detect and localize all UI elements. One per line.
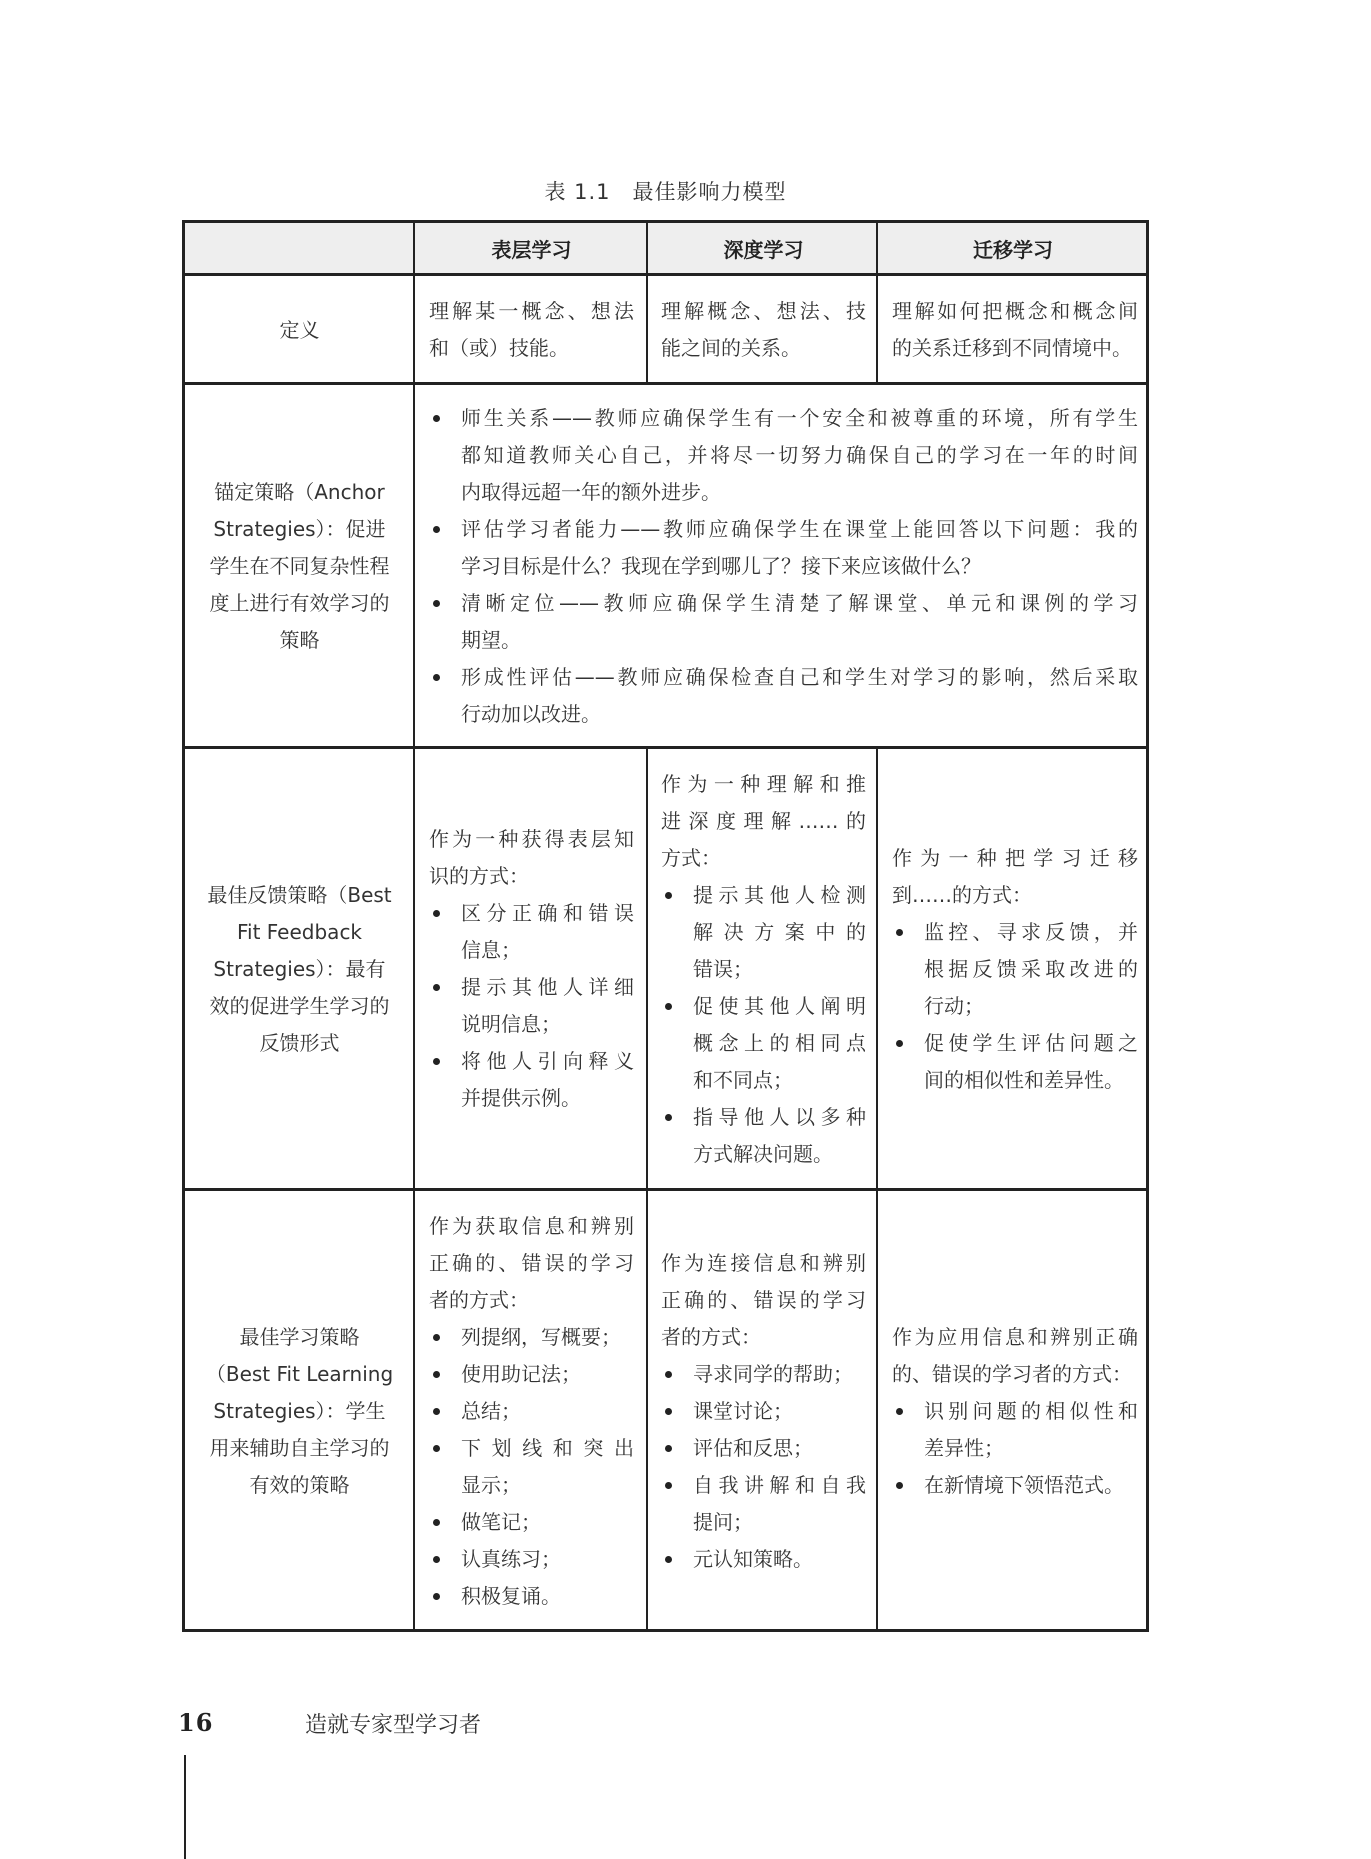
line-text: 行动加以改进。 [461,702,601,726]
line-text: 下划线和突出 [461,1436,634,1460]
header-surface-learning: 表层学习 [416,223,647,274]
line-text: 评估和反思； [693,1436,813,1460]
row-label-line: 锚定策略（Anchor [185,474,414,511]
line-text: 认真练习； [461,1547,561,1571]
line-text: 课堂讨论； [693,1399,793,1423]
text-line: 到……的方式： [892,877,1138,914]
bullet-icon [433,600,440,607]
bullet-item: 提示其他人检测 [661,877,866,914]
row-label-line: 度上进行有效学习的 [185,585,414,622]
row-label-line: 策略 [185,622,414,659]
bullet-icon [896,929,903,936]
line-text: 信息； [461,938,521,962]
line-text: 都知道教师关心自己，并将尽一切努力确保自己的学习在一年的时间 [461,443,1138,467]
text-line: 和不同点； [661,1062,866,1099]
text-line: 者的方式： [661,1319,866,1356]
bullet-icon [665,1445,672,1452]
line-text: 师生关系——教师应确保学生有一个安全和被尊重的环境，所有学生 [461,406,1138,430]
line-text: 者的方式： [661,1325,761,1349]
text-line: 正确的、错误的学习 [661,1282,866,1319]
bullet-icon [665,1556,672,1563]
line-text: 区分正确和错误 [461,901,634,925]
line-text: 总结； [461,1399,521,1423]
bullet-icon [433,1445,440,1452]
text-line: 理解如何把概念和概念间 [892,293,1138,330]
row-label-line: 定义 [185,312,414,349]
line-text: 行动； [924,994,984,1018]
text-line: 间的相似性和差异性。 [892,1062,1138,1099]
text-line: 作为获取信息和辨别 [429,1208,634,1245]
line-text: 错误； [693,957,753,981]
text-line: 作为一种把学习迁移 [892,840,1138,877]
bullet-item: 使用助记法； [429,1356,634,1393]
text-line: 方式： [661,840,866,877]
line-text: 促使学生评估问题之 [924,1031,1138,1055]
bullet-item: 师生关系——教师应确保学生有一个安全和被尊重的环境，所有学生 [429,400,1138,437]
bullet-icon [896,1408,903,1415]
text-line: 的关系迁移到不同情境中。 [892,330,1138,367]
text-line: 信息； [429,932,634,969]
bullet-icon [433,1519,440,1526]
line-text: 间的相似性和差异性。 [924,1068,1124,1092]
line-text: 识的方式： [429,864,529,888]
line-text: 指导他人以多种 [693,1105,866,1129]
footer-vertical-rule [184,1755,186,1859]
line-text: 评估学习者能力——教师应确保学生在课堂上能回答以下问题：我的 [461,517,1138,541]
bullet-item: 总结； [429,1393,634,1430]
line-text: 的、错误的学习者的方式： [892,1362,1132,1386]
line-text: 监控、寻求反馈，并 [924,920,1138,944]
table-caption: 表 1.1最佳影响力模型 [0,176,1331,206]
bullet-item: 做笔记； [429,1504,634,1541]
text-line: 提问； [661,1504,866,1541]
header-deep-learning: 深度学习 [649,223,878,274]
line-text: 学习目标是什么？我现在学到哪儿了？接下来应该做什么？ [461,554,981,578]
line-text: 提示其他人检测 [693,883,866,907]
line-text: 提问； [693,1510,753,1534]
row-label-line: 最佳反馈策略（Best [185,877,414,914]
row-label-definition: 定义 [185,276,414,384]
bullet-icon [433,1408,440,1415]
bullet-item: 将他人引向释义 [429,1043,634,1080]
bullet-item: 形成性评估——教师应确保检查自己和学生对学习的影响，然后采取 [429,659,1138,696]
bullet-icon [896,1040,903,1047]
text-line: 方式解决问题。 [661,1136,866,1173]
row-label-learning-strategies: 最佳学习策略（Best Fit LearningStrategies）：学生用来… [185,1191,414,1631]
line-text: 作为应用信息和辨别正确 [892,1325,1138,1349]
column-divider-2-bottom [646,746,648,1629]
bullet-item: 列提纲，写概要； [429,1319,634,1356]
line-text: 根据反馈采取改进的 [924,957,1138,981]
bullet-icon [433,1334,440,1341]
bullet-icon [433,1058,440,1065]
row-label-line: （Best Fit Learning [185,1356,414,1393]
text-line: 作为连接信息和辨别 [661,1245,866,1282]
line-text: 积极复诵。 [461,1584,561,1608]
text-line: 进深度理解……的 [661,803,866,840]
bullet-icon [665,1114,672,1121]
bullet-item: 清晰定位——教师应确保学生清楚了解课堂、单元和课例的学习 [429,585,1138,622]
row-label-line: Strategies）：最有 [185,951,414,988]
line-text: 作为获取信息和辨别 [429,1214,634,1238]
bullet-item: 元认知策略。 [661,1541,866,1578]
line-text: 列提纲，写概要； [461,1325,621,1349]
impact-model-table: 表层学习 深度学习 迁移学习 定义 锚定策略（AnchorStrategies）… [182,220,1149,1632]
text-line: 作为一种获得表层知 [429,821,634,858]
text-line: 行动加以改进。 [429,696,1138,733]
bullet-icon [665,1482,672,1489]
learning-deep-cell: 作为连接信息和辨别正确的、错误的学习者的方式：寻求同学的帮助；课堂讨论；评估和反… [661,1191,866,1631]
line-text: 说明信息； [461,1012,561,1036]
definition-transfer-cell: 理解如何把概念和概念间的关系迁移到不同情境中。 [892,276,1138,384]
text-line: 识的方式： [429,858,634,895]
line-text: 内取得远超一年的额外进步。 [461,480,721,504]
row-label-line: 学生在不同复杂性程 [185,548,414,585]
row-label-line: 效的促进学生学习的 [185,988,414,1025]
bullet-icon [665,1408,672,1415]
bullet-item: 促使其他人阐明 [661,988,866,1025]
column-divider-2-top [646,223,648,383]
line-text: 能之间的关系。 [661,336,801,360]
line-text: 作为连接信息和辨别 [661,1251,866,1275]
line-text: 概念上的相同点 [693,1031,866,1055]
feedback-deep-cell: 作为一种理解和推进深度理解……的方式：提示其他人检测解决方案中的错误；促使其他人… [661,749,866,1189]
line-text: 解决方案中的 [693,920,866,944]
row-label-anchor-strategies: 锚定策略（AnchorStrategies）：促进学生在不同复杂性程度上进行有效… [185,385,414,747]
line-text: 者的方式： [429,1288,529,1312]
line-text: 差异性； [924,1436,1004,1460]
text-line: 能之间的关系。 [661,330,866,367]
bullet-icon [896,1482,903,1489]
line-text: 促使其他人阐明 [693,994,866,1018]
bullet-item: 在新情境下领悟范式。 [892,1467,1138,1504]
line-text: 并提供示例。 [461,1086,581,1110]
text-line: 正确的、错误的学习 [429,1245,634,1282]
bullet-icon [433,1371,440,1378]
text-line: 错误； [661,951,866,988]
bullet-item: 促使学生评估问题之 [892,1025,1138,1062]
text-line: 说明信息； [429,1006,634,1043]
row-label-line: 用来辅助自主学习的 [185,1430,414,1467]
line-text: 元认知策略。 [693,1547,813,1571]
column-divider-3-bottom [876,746,878,1629]
text-line: 和（或）技能。 [429,330,634,367]
bullet-icon [433,1593,440,1600]
line-text: 做笔记； [461,1510,541,1534]
row-label-line: Strategies）：促进 [185,511,414,548]
row-label-line: 反馈形式 [185,1025,414,1062]
line-text: 和（或）技能。 [429,336,569,360]
text-line: 作为一种理解和推 [661,766,866,803]
running-title: 造就专家型学习者 [305,1708,481,1739]
feedback-surface-cell: 作为一种获得表层知识的方式：区分正确和错误信息；提示其他人详细说明信息；将他人引… [429,749,634,1189]
bullet-item: 下划线和突出 [429,1430,634,1467]
definition-deep-cell: 理解概念、想法、技能之间的关系。 [661,276,866,384]
bullet-item: 识别问题的相似性和 [892,1393,1138,1430]
header-empty-cell [185,223,414,274]
feedback-transfer-cell: 作为一种把学习迁移到……的方式：监控、寻求反馈，并根据反馈采取改进的行动；促使学… [892,749,1138,1189]
text-line: 行动； [892,988,1138,1025]
header-transfer-learning: 迁移学习 [880,223,1146,274]
bullet-item: 自我讲解和自我 [661,1467,866,1504]
column-divider-3-top [876,223,878,383]
line-text: 使用助记法； [461,1362,581,1386]
line-text: 寻求同学的帮助； [693,1362,853,1386]
line-text: 形成性评估——教师应确保检查自己和学生对学习的影响，然后采取 [461,665,1138,689]
table-title: 最佳影响力模型 [633,180,787,204]
line-text: 到……的方式： [892,883,1032,907]
text-line: 期望。 [429,622,1138,659]
line-text: 清晰定位——教师应确保学生清楚了解课堂、单元和课例的学习 [461,591,1138,615]
line-text: 将他人引向释义 [461,1049,634,1073]
text-line: 显示； [429,1467,634,1504]
bullet-item: 积极复诵。 [429,1578,634,1615]
bullet-icon [433,1556,440,1563]
row-divider-1 [185,382,1146,385]
line-text: 期望。 [461,628,521,652]
row-divider-2 [185,746,1146,749]
text-line: 理解概念、想法、技 [661,293,866,330]
text-line: 根据反馈采取改进的 [892,951,1138,988]
definition-surface-cell: 理解某一概念、想法和（或）技能。 [429,276,634,384]
bullet-icon [433,984,440,991]
bullet-item: 区分正确和错误 [429,895,634,932]
bullet-icon [665,892,672,899]
bullet-item: 监控、寻求反馈，并 [892,914,1138,951]
text-line: 理解某一概念、想法 [429,293,634,330]
line-text: 正确的、错误的学习 [661,1288,866,1312]
table-number: 表 1.1 [544,180,610,204]
text-line: 者的方式： [429,1282,634,1319]
bullet-item: 提示其他人详细 [429,969,634,1006]
line-text: 作为一种获得表层知 [429,827,634,851]
line-text: 理解概念、想法、技 [661,299,866,323]
learning-transfer-cell: 作为应用信息和辨别正确的、错误的学习者的方式：识别问题的相似性和差异性；在新情境… [892,1191,1138,1631]
text-line: 内取得远超一年的额外进步。 [429,474,1138,511]
text-line: 差异性； [892,1430,1138,1467]
line-text: 显示； [461,1473,521,1497]
page-number: 16 [178,1708,213,1737]
bullet-item: 认真练习； [429,1541,634,1578]
line-text: 理解某一概念、想法 [429,299,634,323]
header-divider [185,273,1146,276]
line-text: 方式解决问题。 [693,1142,833,1166]
bullet-icon [665,1003,672,1010]
row-label-line: 有效的策略 [185,1467,414,1504]
line-text: 的关系迁移到不同情境中。 [892,336,1132,360]
bullet-icon [433,674,440,681]
column-divider-1 [413,223,415,1629]
anchor-strategies-cell: 师生关系——教师应确保学生有一个安全和被尊重的环境，所有学生都知道教师关心自己，… [429,385,1138,747]
line-text: 进深度理解……的 [661,809,866,833]
text-line: 并提供示例。 [429,1080,634,1117]
learning-surface-cell: 作为获取信息和辨别正确的、错误的学习者的方式：列提纲，写概要；使用助记法；总结；… [429,1191,634,1631]
bullet-icon [433,910,440,917]
bullet-icon [433,526,440,533]
line-text: 理解如何把概念和概念间 [892,299,1138,323]
text-line: 概念上的相同点 [661,1025,866,1062]
line-text: 作为一种理解和推 [661,772,866,796]
row-label-feedback-strategies: 最佳反馈策略（BestFit FeedbackStrategies）：最有效的促… [185,749,414,1189]
bullet-item: 评估和反思； [661,1430,866,1467]
bullet-icon [665,1371,672,1378]
row-label-line: Strategies）：学生 [185,1393,414,1430]
line-text: 识别问题的相似性和 [924,1399,1138,1423]
text-line: 的、错误的学习者的方式： [892,1356,1138,1393]
bullet-item: 评估学习者能力——教师应确保学生在课堂上能回答以下问题：我的 [429,511,1138,548]
line-text: 方式： [661,846,721,870]
bullet-icon [433,415,440,422]
row-label-line: Fit Feedback [185,914,414,951]
line-text: 自我讲解和自我 [693,1473,866,1497]
line-text: 作为一种把学习迁移 [892,846,1138,870]
line-text: 在新情境下领悟范式。 [924,1473,1124,1497]
row-divider-3 [185,1188,1146,1191]
line-text: 正确的、错误的学习 [429,1251,634,1275]
bullet-item: 指导他人以多种 [661,1099,866,1136]
row-label-line: 最佳学习策略 [185,1319,414,1356]
bullet-item: 课堂讨论； [661,1393,866,1430]
bullet-item: 寻求同学的帮助； [661,1356,866,1393]
text-line: 解决方案中的 [661,914,866,951]
text-line: 都知道教师关心自己，并将尽一切努力确保自己的学习在一年的时间 [429,437,1138,474]
text-line: 学习目标是什么？我现在学到哪儿了？接下来应该做什么？ [429,548,1138,585]
text-line: 作为应用信息和辨别正确 [892,1319,1138,1356]
line-text: 和不同点； [693,1068,793,1092]
line-text: 提示其他人详细 [461,975,634,999]
